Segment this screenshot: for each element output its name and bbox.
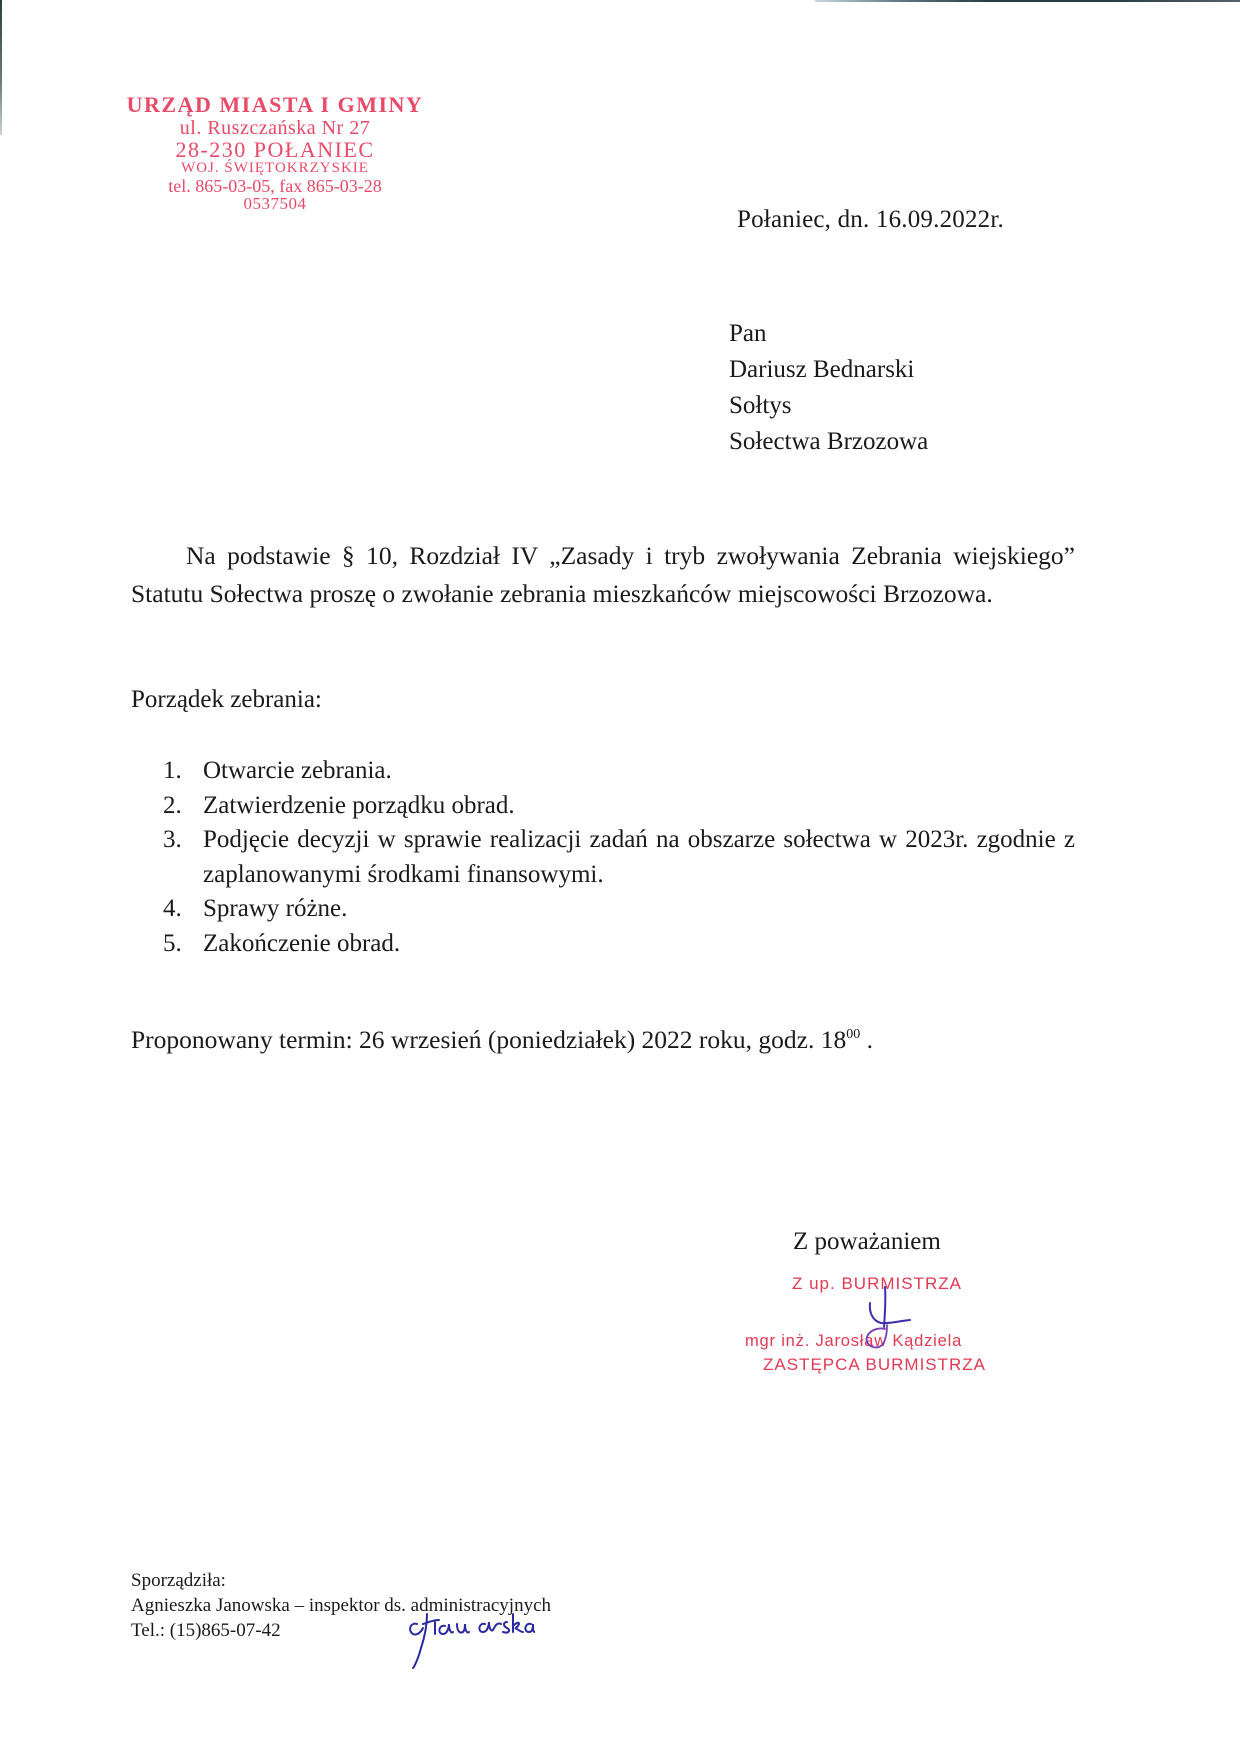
proposed-date: Proponowany termin: 26 wrzesień (poniedz… xyxy=(131,1025,873,1055)
agenda-title: Porządek zebrania: xyxy=(131,686,322,714)
stamp-regon: 0537504 xyxy=(100,195,450,212)
agenda-item-text: Zakończenie obrad. xyxy=(203,930,400,957)
signatory-role: ZASTĘPCA BURMISTRZA xyxy=(763,1356,986,1373)
scan-edge-left xyxy=(0,0,2,135)
agenda-item-number: 5. xyxy=(163,927,182,962)
proposed-date-text: Proponowany termin: 26 wrzesień (poniedz… xyxy=(131,1025,846,1054)
agenda-item-number: 1. xyxy=(163,754,182,789)
agenda-item: 2.Zatwierdzenie porządku obrad. xyxy=(131,789,1075,824)
proposed-date-suffix: . xyxy=(860,1025,873,1054)
agenda-item-text: Podjęcie decyzji w sprawie realizacji za… xyxy=(203,826,1075,888)
signature-icon xyxy=(855,1285,915,1355)
agenda-list: 1.Otwarcie zebrania. 2.Zatwierdzenie por… xyxy=(131,754,1075,961)
prepared-by-label: Sporządziła: xyxy=(131,1568,551,1593)
addressee-role: Sołtys xyxy=(729,388,928,424)
addressee-title: Pan xyxy=(729,316,928,352)
stamp-region: WOJ. ŚWIĘTOKRZYSKIE xyxy=(100,161,450,176)
stamp-street: ul. Ruszczańska Nr 27 xyxy=(100,118,450,138)
signatory-name: mgr inż. Jarosław Kądziela xyxy=(745,1333,962,1350)
stamp-title: URZĄD MIASTA I GMINY xyxy=(100,94,450,116)
agenda-item: 4.Sprawy różne. xyxy=(131,892,1075,927)
closing-salutation: Z poważaniem xyxy=(793,1228,941,1256)
agenda-item: 5.Zakończenie obrad. xyxy=(131,927,1075,962)
agenda-item-text: Sprawy różne. xyxy=(203,895,347,922)
agenda-item-text: Zatwierdzenie porządku obrad. xyxy=(203,792,515,819)
agenda-item-number: 2. xyxy=(163,789,182,824)
agenda-item-number: 4. xyxy=(163,892,182,927)
agenda-item-number: 3. xyxy=(163,823,182,858)
agenda-item: 3.Podjęcie decyzji w sprawie realizacji … xyxy=(131,823,1075,892)
proposed-time-minutes: 00 xyxy=(846,1027,860,1042)
agenda-item: 1.Otwarcie zebrania. xyxy=(131,754,1075,789)
stamp-phone: tel. 865-03-05, fax 865-03-28 xyxy=(100,177,450,195)
office-stamp: URZĄD MIASTA I GMINY ul. Ruszczańska Nr … xyxy=(100,94,450,212)
agenda-item-text: Otwarcie zebrania. xyxy=(203,757,392,784)
addressee-block: Pan Dariusz Bednarski Sołtys Sołectwa Br… xyxy=(729,316,928,460)
stamp-city: 28-230 POŁANIEC xyxy=(100,139,450,161)
addressee-unit: Sołectwa Brzozowa xyxy=(729,424,928,460)
handwritten-signature-icon xyxy=(405,1610,535,1670)
place-date: Połaniec, dn. 16.09.2022r. xyxy=(737,206,1004,234)
scan-edge-top xyxy=(815,0,1240,2)
letter-body: Na podstawie § 10, Rozdział IV „Zasady i… xyxy=(131,537,1075,613)
addressee-name: Dariusz Bednarski xyxy=(729,352,928,388)
